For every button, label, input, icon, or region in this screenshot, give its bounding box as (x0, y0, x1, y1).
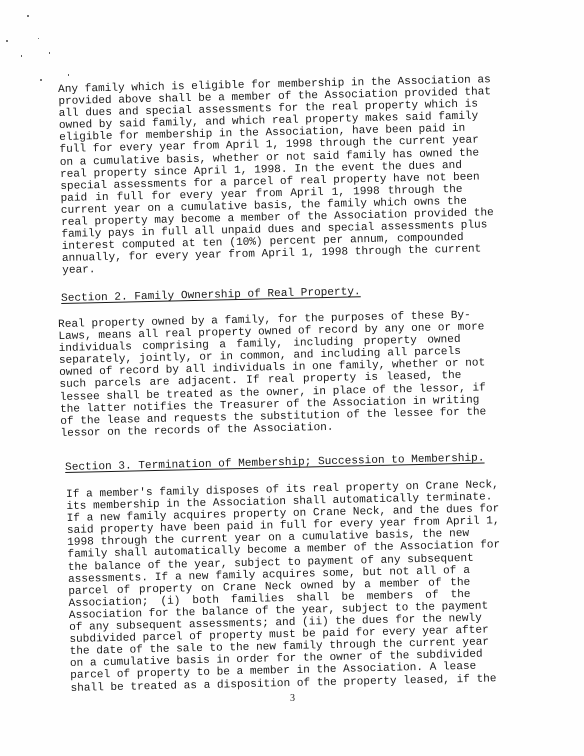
scan-speck (21, 55, 22, 57)
section-2-heading: Section 2. Family Ownership of Real Prop… (61, 286, 361, 305)
paragraph-termination: If a member's family disposes of its rea… (66, 480, 473, 695)
page-number: 3 (290, 693, 295, 704)
paragraph-eligibility: Any family which is eligible for members… (58, 75, 464, 278)
scan-speck (6, 40, 8, 42)
scan-speck (49, 52, 50, 54)
document-page: Any family which is eligible for members… (0, 0, 584, 756)
scan-speck (27, 15, 29, 17)
paragraph-family-ownership: Real property owned by a family, for the… (58, 310, 463, 440)
scan-speck (38, 38, 39, 39)
section-3-heading: Section 3. Termination of Membership; Su… (65, 452, 485, 474)
scan-speck (40, 79, 42, 81)
scan-speck (68, 74, 69, 76)
